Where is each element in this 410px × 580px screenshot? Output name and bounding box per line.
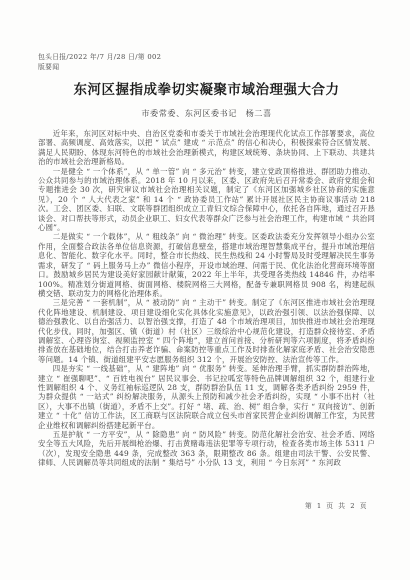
masthead: 包头日报/2022 年/7 月/28 日/第 002 版要闻 — [38, 52, 375, 72]
masthead-line-1: 包头日报/2022 年/7 月/28 日/第 002 — [38, 52, 375, 62]
article-title: 东河区握指成拳切实凝聚市域治理强大合力 — [38, 82, 375, 99]
article-paragraph-4: 三是完善 “ 一套机制”，从 “ 被动防” 向 “ 主动干” 转变。制定了《东河… — [38, 298, 375, 364]
article-content: 包头日报/2022 年/7 月/28 日/第 002 版要闻 东河区握指成拳切实… — [38, 52, 375, 468]
newspaper-page: 包头日报/2022 年/7 月/28 日/第 002 版要闻 东河区握指成拳切实… — [0, 0, 410, 580]
article-paragraph-6: 五是护航 “ 一方平安”，从 “ 除隐患” 向 “ 防风险” 转变。防范化解社会… — [38, 430, 375, 468]
masthead-line-2: 版要闻 — [38, 62, 375, 72]
article-paragraph-2: 一是健全 “ 一个体系”，从 “ 单一管” 向 “ 多元治” 转变，建立党政顶格… — [38, 167, 375, 233]
page-number: 第 1 页 共 2 页 — [305, 500, 368, 510]
article-paragraph-5: 四是夯实 “ 一线基础”，从 “ 建阵地” 向 “ 优服务” 转变。延伸治理手臂… — [38, 364, 375, 430]
article-byline: 市委常委、东河区委书记 杨二喜 — [38, 108, 375, 119]
article-paragraph-3: 二是做实 “ 一个载体”，从 “ 粗线条” 向 “ 微治理” 转变。区委政法委充… — [38, 232, 375, 298]
article-body: 近年来，东河区对标中央、自治区党委和市委关于市域社会治理现代化试点工作部署要求，… — [38, 129, 375, 468]
article-paragraph-1: 近年来，东河区对标中央、自治区党委和市委关于市域社会治理现代化试点工作部署要求，… — [38, 129, 375, 167]
